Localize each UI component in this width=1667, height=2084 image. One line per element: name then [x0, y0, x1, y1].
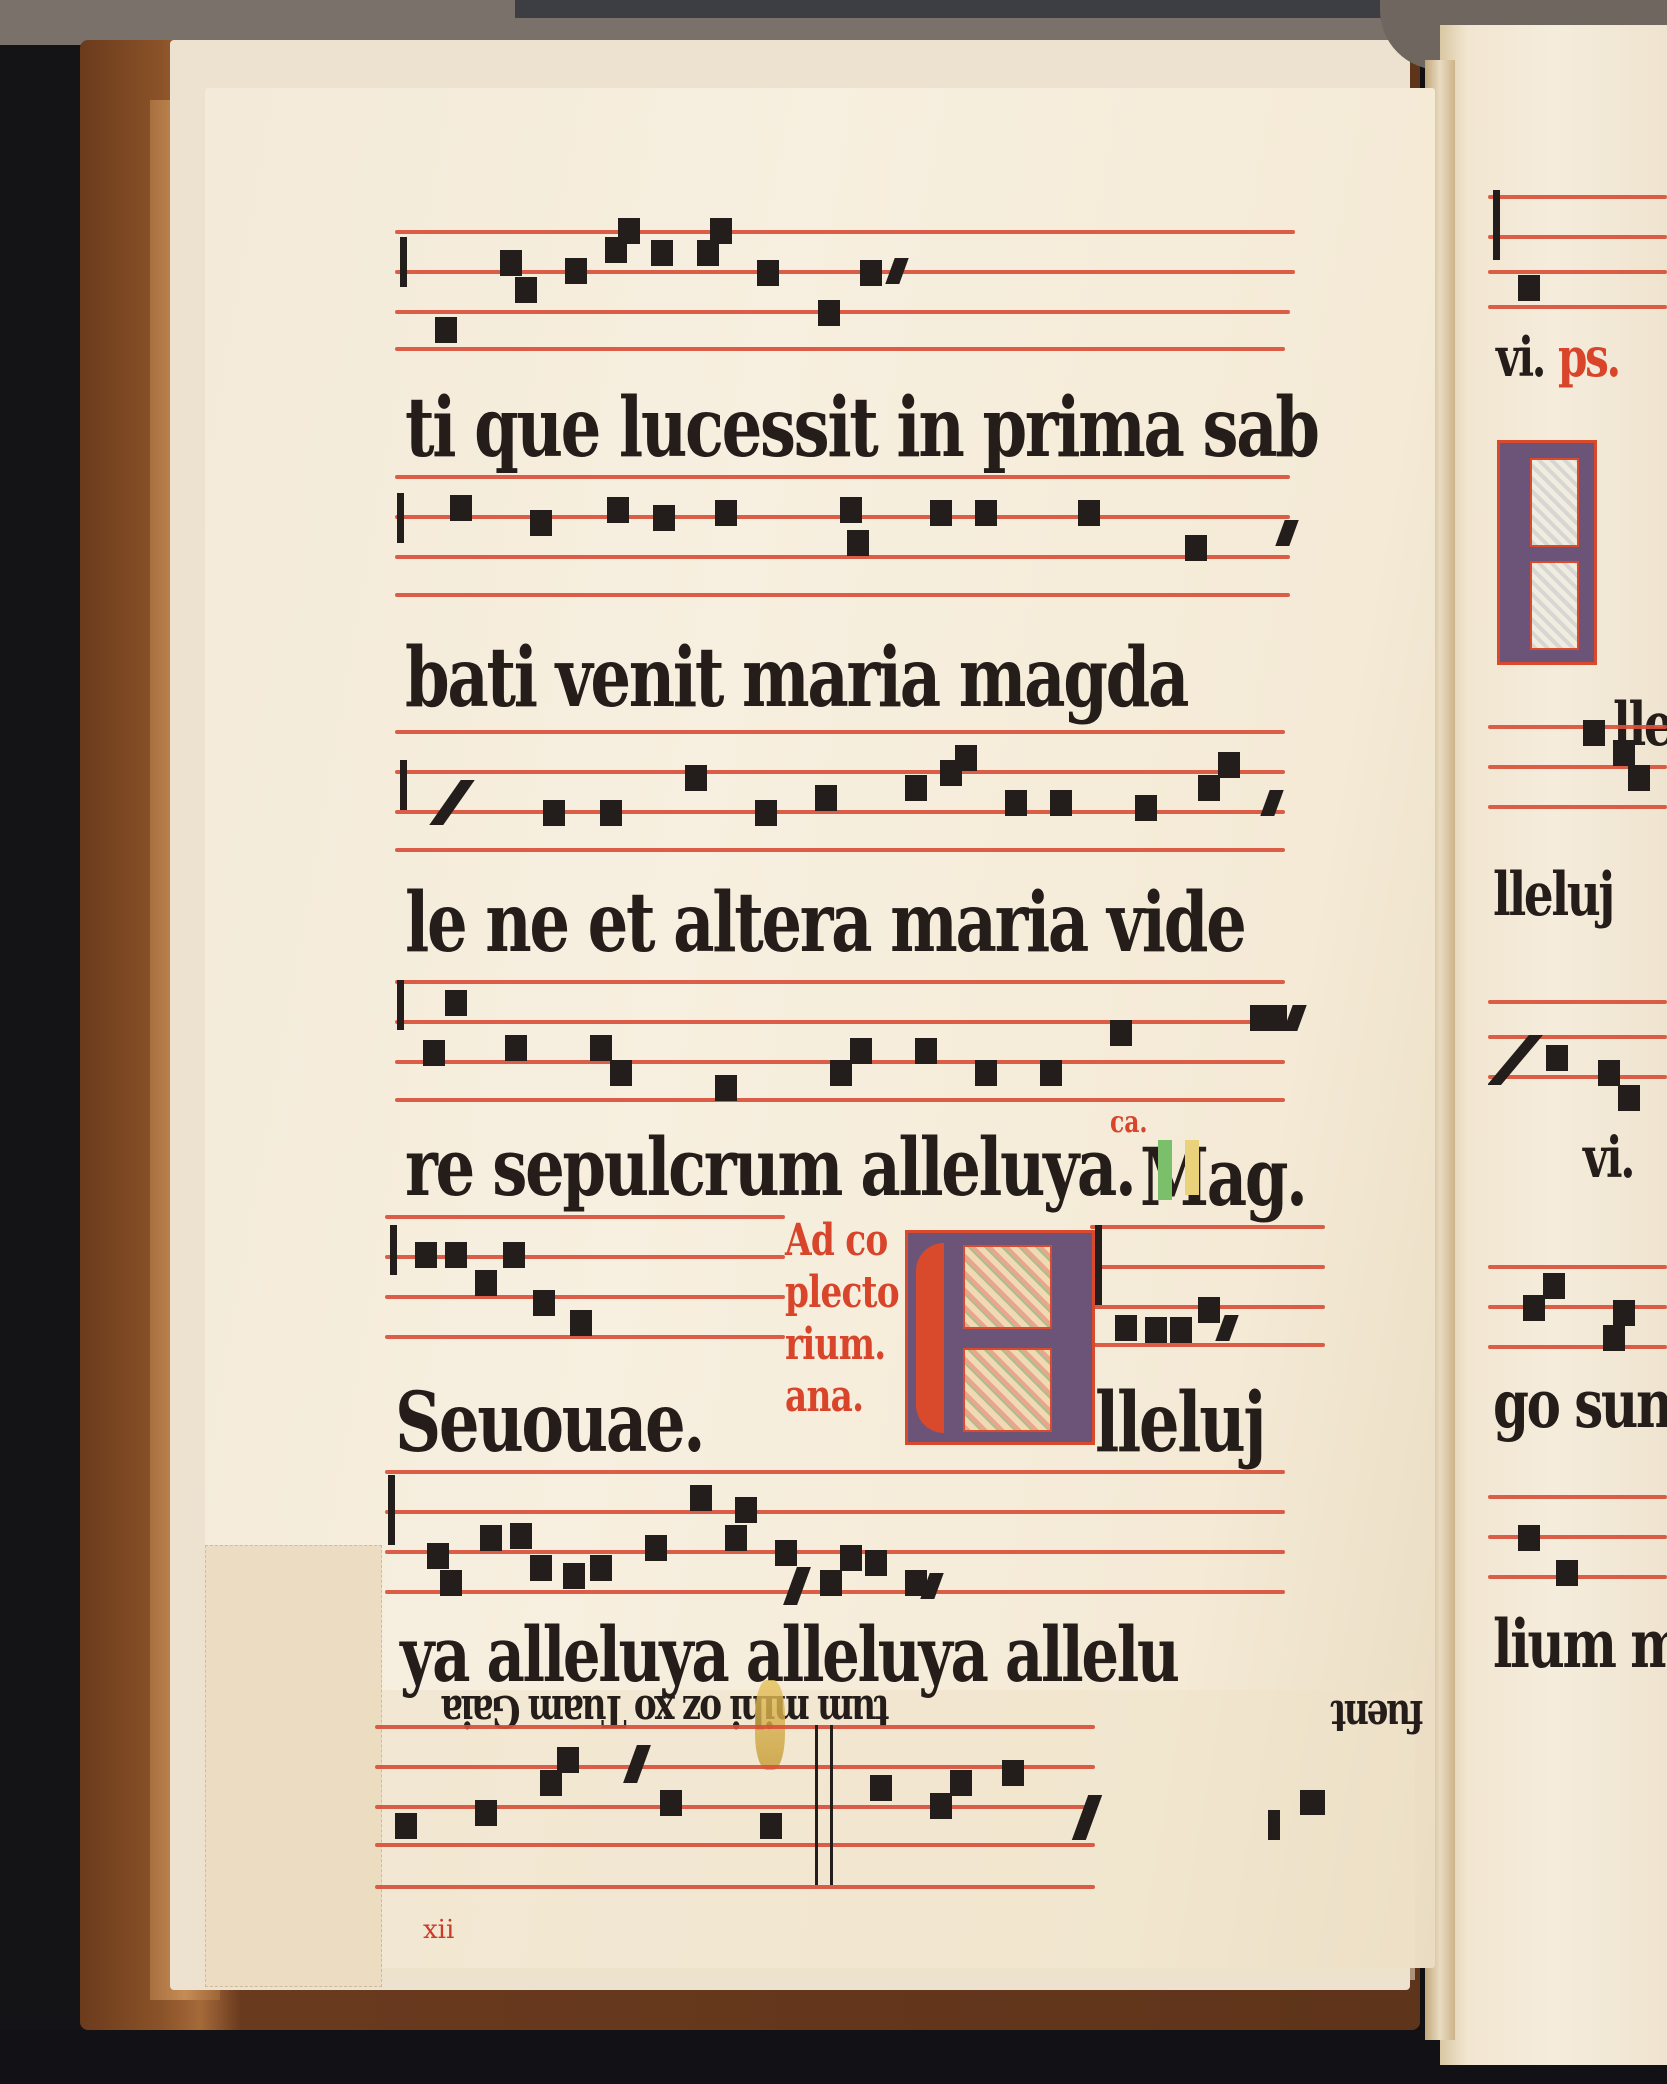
lyric-line-3: le ne et altera maria vide: [405, 875, 1244, 971]
bar-line: [815, 1725, 818, 1885]
top-board: [515, 0, 1395, 18]
dark-cloth-bottom: [0, 2030, 1667, 2084]
note-fragment: [1268, 1810, 1280, 1840]
yellow-accent: [1185, 1140, 1199, 1195]
lyric-line-2: bati venit maria magda: [405, 630, 1187, 726]
clef-icon: [400, 760, 407, 810]
staff-1: [395, 225, 1300, 355]
staff-3: [395, 730, 1300, 860]
note-fragment: [1300, 1790, 1325, 1815]
staff-5-right: [1090, 1225, 1330, 1355]
clef-icon: [1095, 1225, 1102, 1305]
clef-icon: [390, 1225, 397, 1275]
right-fragment-ps: ps.: [1558, 325, 1619, 389]
lyric-line-1: ti que lucessit in prima sab: [405, 380, 1318, 476]
clef-icon: [397, 493, 404, 543]
clef-icon: [400, 237, 407, 287]
upside-down-fragment: fuent: [1333, 1690, 1424, 1741]
illuminated-initial-right: [1497, 440, 1597, 665]
right-fragment-vi-2: vi.: [1583, 1125, 1633, 1191]
staff-5-left: [385, 1210, 845, 1340]
clef-icon: [388, 1475, 395, 1545]
staff-2: [395, 475, 1300, 605]
illuminated-initial-a: [905, 1230, 1095, 1445]
staff-7: [375, 1725, 1095, 1895]
right-fragment-lleluj: lleluj: [1493, 860, 1613, 930]
bar-line: [830, 1725, 833, 1885]
right-fragment-lium: lium m: [1493, 1605, 1667, 1683]
parchment-repair-patch: [205, 1545, 382, 1987]
lyric-line-4: re sepulcrum alleluya.: [405, 1120, 1134, 1214]
rubric-block: Ad co plecto rium. ana.: [785, 1215, 915, 1423]
right-fragment-go-sun: go sun: [1493, 1365, 1667, 1443]
green-accent: [1158, 1140, 1172, 1200]
clef-icon: [397, 980, 404, 1030]
staff-4: [395, 980, 1300, 1110]
staff-6: [385, 1455, 1295, 1615]
right-page-content: vi. ps. lle lleluj vi. go sun lium m: [1488, 165, 1667, 1965]
folio-number: xii: [423, 1915, 454, 1945]
right-fragment-vi: vi.: [1496, 325, 1544, 389]
